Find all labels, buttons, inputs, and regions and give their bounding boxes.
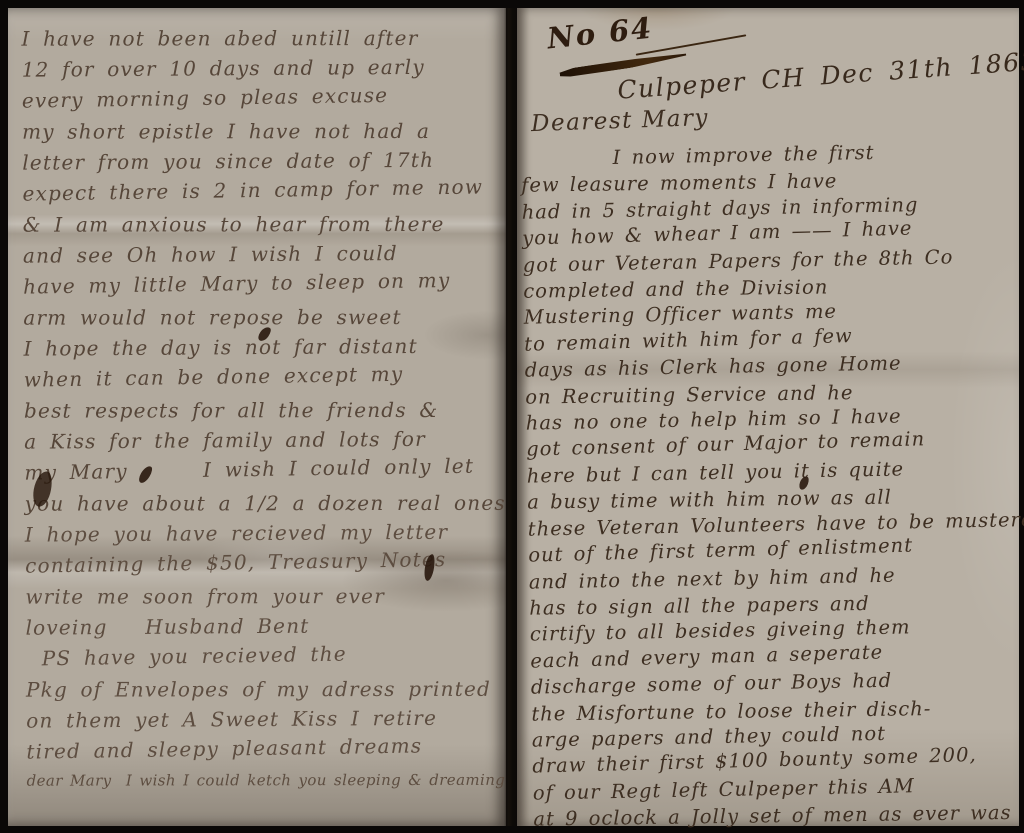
handwritten-line-postscript: PS have you recieved the <box>26 636 500 674</box>
handwritten-line: my Mary I wish I could only let <box>24 450 498 488</box>
letter-number-label: No 64 <box>546 11 655 56</box>
letter-photo: I have not been abed untill after 12 for… <box>0 0 1024 833</box>
handwritten-line: write me soon from your ever <box>25 581 499 613</box>
handwritten-line: when it can be done except my <box>24 357 498 395</box>
salutation: Dearest Mary <box>531 105 710 137</box>
handwritten-line: Pkg of Envelopes of my adress printed <box>26 674 500 706</box>
handwritten-line: my short epistle I have not had a <box>22 116 496 148</box>
handwritten-line: I have not been abed untill after <box>21 23 495 55</box>
handwritten-line: tired and sleepy pleasant dreams <box>26 729 500 767</box>
handwritten-line: & I am anxious to hear from there <box>23 209 497 241</box>
page-fold-gap <box>504 8 518 826</box>
handwritten-line: arm would not repose be sweet <box>23 302 497 334</box>
handwritten-line: you have about a 1/2 a dozen real ones <box>25 488 499 520</box>
handwritten-line: have my little Mary to sleep on my <box>23 264 497 302</box>
handwritten-line: expect there is 2 in camp for me now <box>22 171 496 209</box>
left-page-text: I have not been abed untill after 12 for… <box>21 20 500 793</box>
handwritten-line: at 9 oclock a Jolly set of men as ever w… <box>533 800 1019 833</box>
right-page-text: I now improve the first few leasure mome… <box>520 137 1019 833</box>
handwritten-line: dear Mary I wish I could ketch you sleep… <box>27 767 501 794</box>
handwritten-line: every morning so pleas excuse <box>22 78 496 116</box>
handwritten-line: best respects for all the friends & <box>24 395 498 427</box>
letter-right-page: No 64 Culpeper CH Dec 31th 1863 Dearest … <box>517 8 1019 826</box>
letter-left-page: I have not been abed untill after 12 for… <box>8 8 506 826</box>
